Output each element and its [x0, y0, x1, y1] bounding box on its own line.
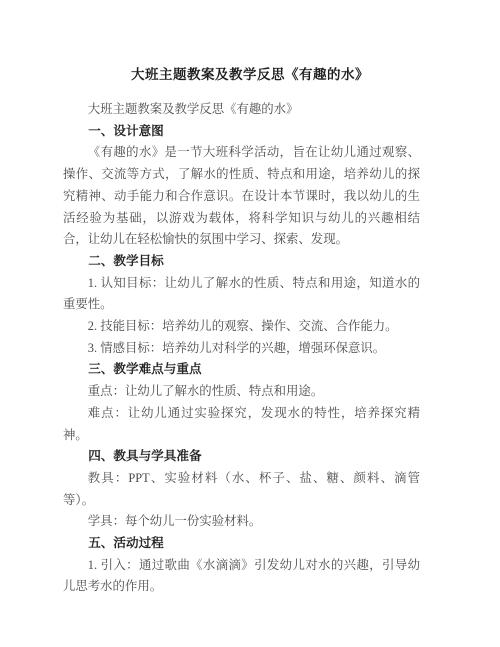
- paragraph: 1. 认知目标：让幼儿了解水的性质、特点和用途，知道水的重要性。: [63, 273, 420, 316]
- paragraph: 重点：让幼儿了解水的性质、特点和用途。: [63, 381, 420, 403]
- doc-subtitle: 大班主题教案及教学反思《有趣的水》: [63, 99, 420, 121]
- doc-body: 大班主题教案及教学反思《有趣的水》 一、设计意图 《有趣的水》是一节大班科学活动…: [63, 99, 420, 598]
- paragraph: 2. 技能目标：培养幼儿的观察、操作、交流、合作能力。: [63, 316, 420, 338]
- paragraph: 《有趣的水》是一节大班科学活动，旨在让幼儿通过观察、操作、交流等方式，了解水的性…: [63, 142, 420, 251]
- paragraph: 教具：PPT、实验材料（水、杯子、盐、糖、颜料、滴管等）。: [63, 468, 420, 511]
- section-heading-materials: 四、教具与学具准备: [63, 446, 420, 468]
- section-heading-teaching-goals: 二、教学目标: [63, 251, 420, 273]
- paragraph: 3. 情感目标：培养幼儿对科学的兴趣，增强环保意识。: [63, 338, 420, 360]
- section-heading-difficulties: 三、教学难点与重点: [63, 359, 420, 381]
- section-heading-activity-process: 五、活动过程: [63, 533, 420, 555]
- paragraph: 1. 引入：通过歌曲《水滴滴》引发幼儿对水的兴趣，引导幼儿思考水的作用。: [63, 555, 420, 598]
- section-heading-design-intent: 一、设计意图: [63, 121, 420, 143]
- paragraph: 学具：每个幼儿一份实验材料。: [63, 511, 420, 533]
- doc-title: 大班主题教案及教学反思《有趣的水》: [0, 63, 500, 87]
- paragraph: 难点：让幼儿通过实验探究，发现水的特性，培养探究精神。: [63, 403, 420, 446]
- document-page: 大班主题教案及教学反思《有趣的水》 大班主题教案及教学反思《有趣的水》 一、设计…: [0, 0, 500, 647]
